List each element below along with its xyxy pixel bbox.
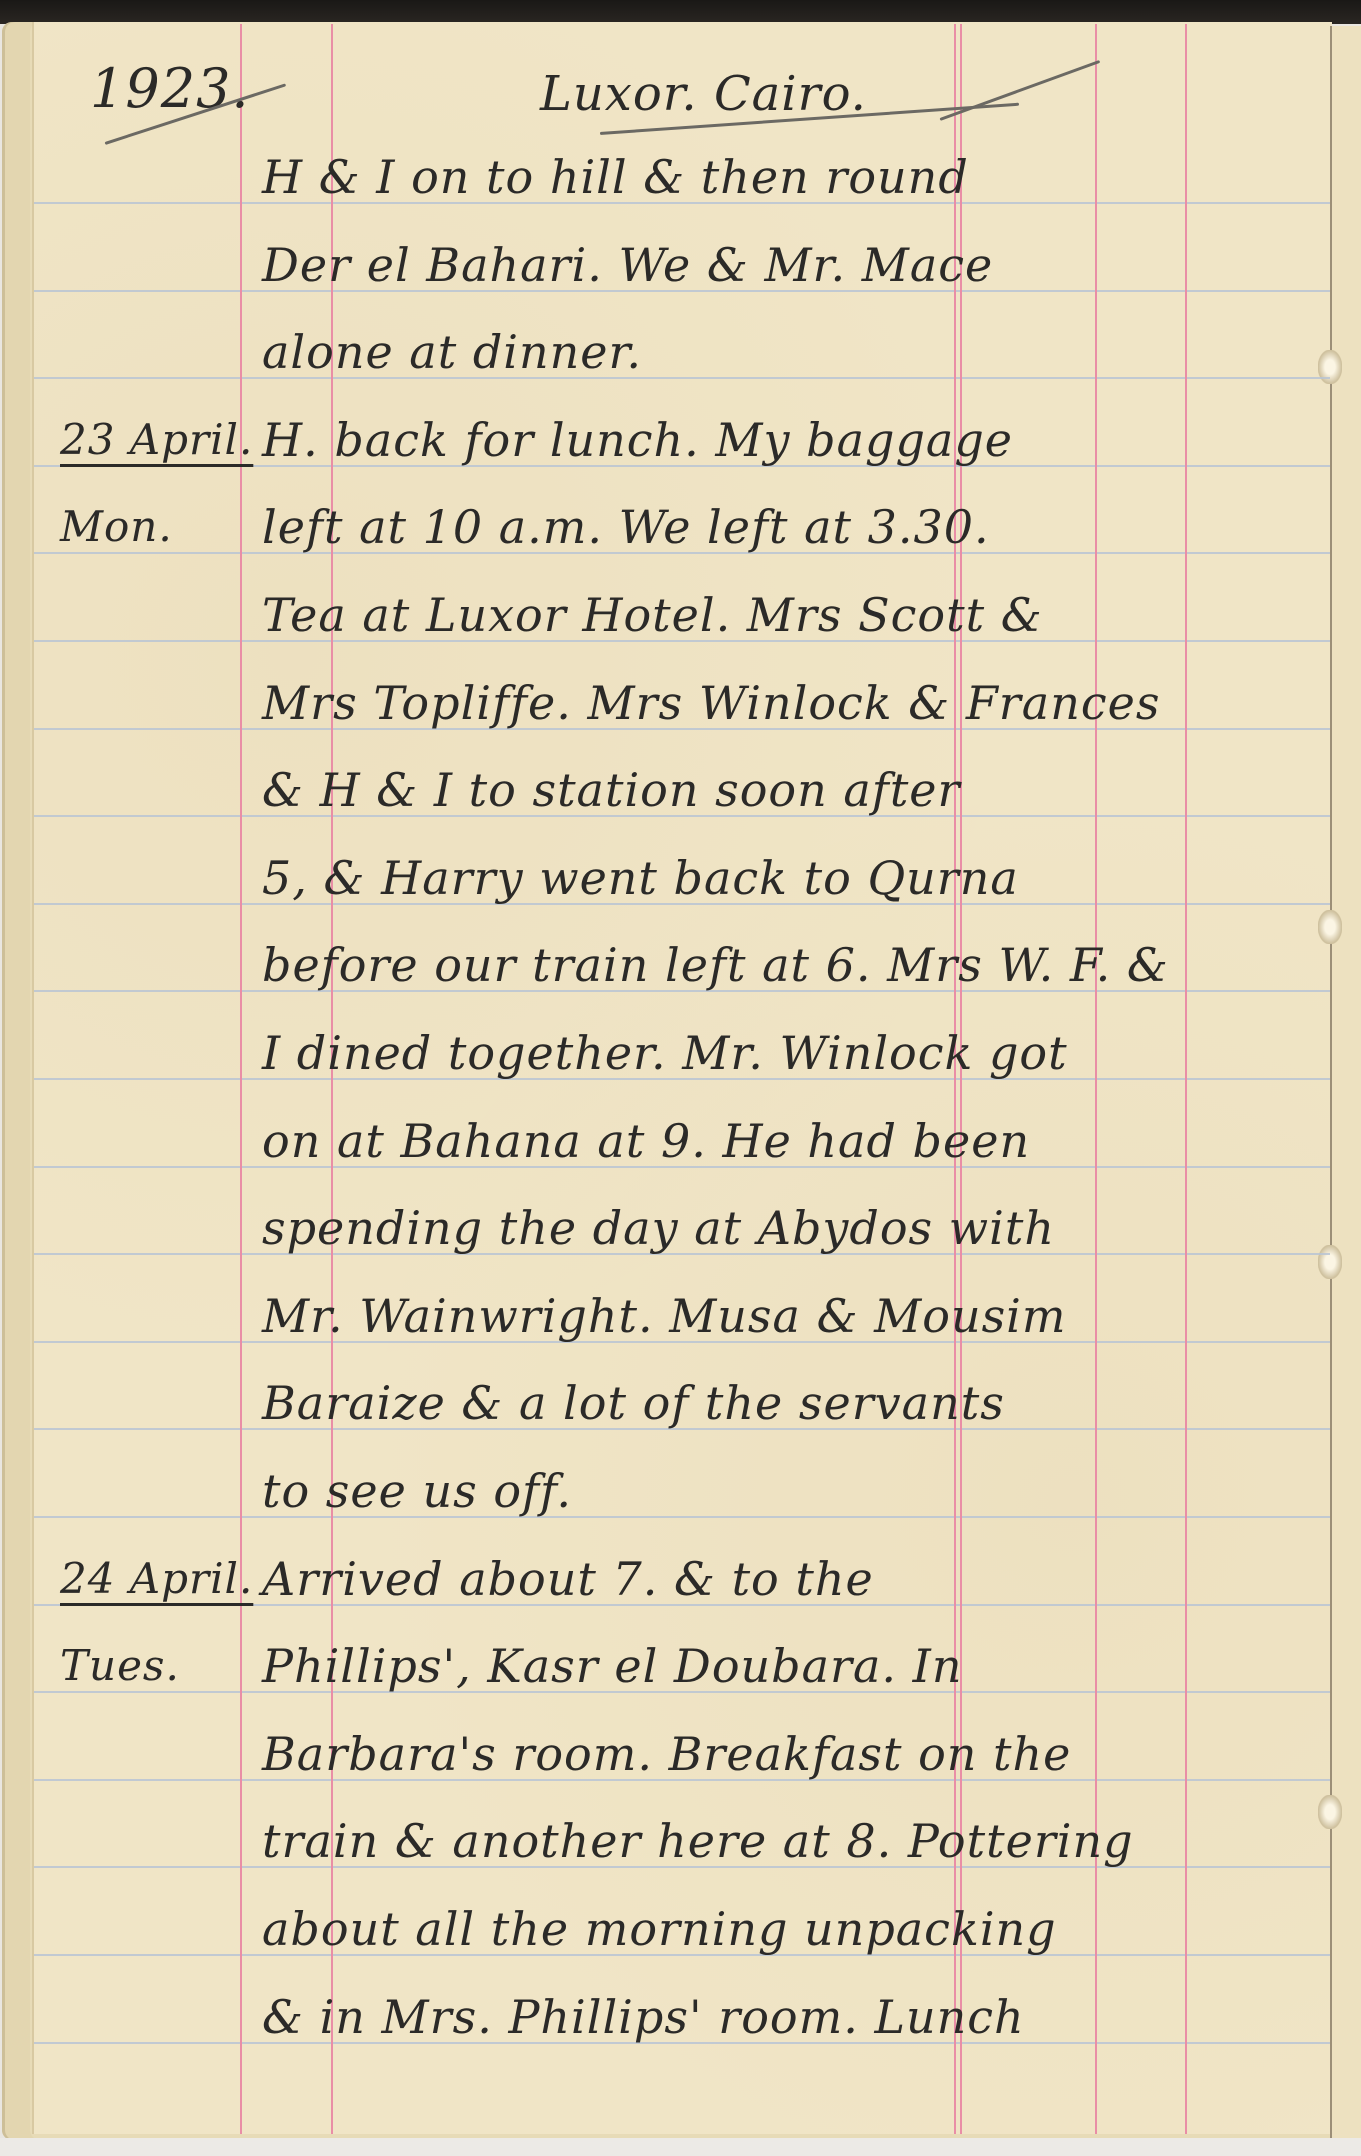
diary-line: H. back for lunch. My baggage [262,417,1013,463]
ruled-line [34,377,1330,379]
diary-line: 5, & Harry went back to Qurna [262,855,1019,901]
scanner-bottom-edge [0,2138,1361,2156]
diary-line: I dined together. Mr. Winlock got [262,1030,1068,1076]
diary-line: H & I on to hill & then round [262,154,969,200]
diary-line: Baraize & a lot of the servants [262,1380,1005,1426]
diary-line: on at Bahana at 9. He had been [262,1118,1030,1164]
diary-line: Barbara's room. Breakfast on the [262,1731,1071,1777]
column-rule-c [1185,24,1187,2134]
diary-line: Der el Bahari. We & Mr. Mace [262,242,993,288]
diary-line: Mr. Wainwright. Musa & Mousim [262,1293,1067,1339]
entry-weekday: Mon. [60,506,173,548]
header-place: Luxor. Cairo. [540,70,867,118]
margin-rule-date [240,24,242,2134]
diary-line: to see us off. [262,1468,572,1514]
diary-line: spending the day at Abydos with [262,1205,1055,1251]
diary-line: & H & I to station soon after [262,767,961,813]
entry-weekday: Tues. [60,1645,180,1687]
diary-line: left at 10 a.m. We left at 3.30. [262,504,990,550]
diary-line: alone at dinner. [262,329,642,375]
binding-hole [1318,910,1342,944]
diary-line: about all the morning unpacking [262,1906,1057,1952]
diary-line: before our train left at 6. Mrs W. F. & [262,942,1169,988]
diary-line: & in Mrs. Phillips' room. Lunch [262,1994,1025,2040]
diary-line: Tea at Luxor Hotel. Mrs Scott & [262,592,1043,638]
header-year: 1923. [90,62,250,116]
entry-date: 23 April. [60,419,253,461]
diary-line: Arrived about 7. & to the [262,1556,874,1602]
diary-line: Phillips', Kasr el Doubara. In [262,1643,962,1689]
diary-line: train & another here at 8. Pottering [262,1818,1134,1864]
binding-hole [1318,1245,1342,1279]
entry-date: 24 April. [60,1558,253,1600]
scanner-top-edge [0,0,1361,24]
diary-line: Mrs Topliffe. Mrs Winlock & Frances [262,680,1160,726]
binding-hole [1318,1795,1342,1829]
ruled-line [34,1516,1330,1518]
